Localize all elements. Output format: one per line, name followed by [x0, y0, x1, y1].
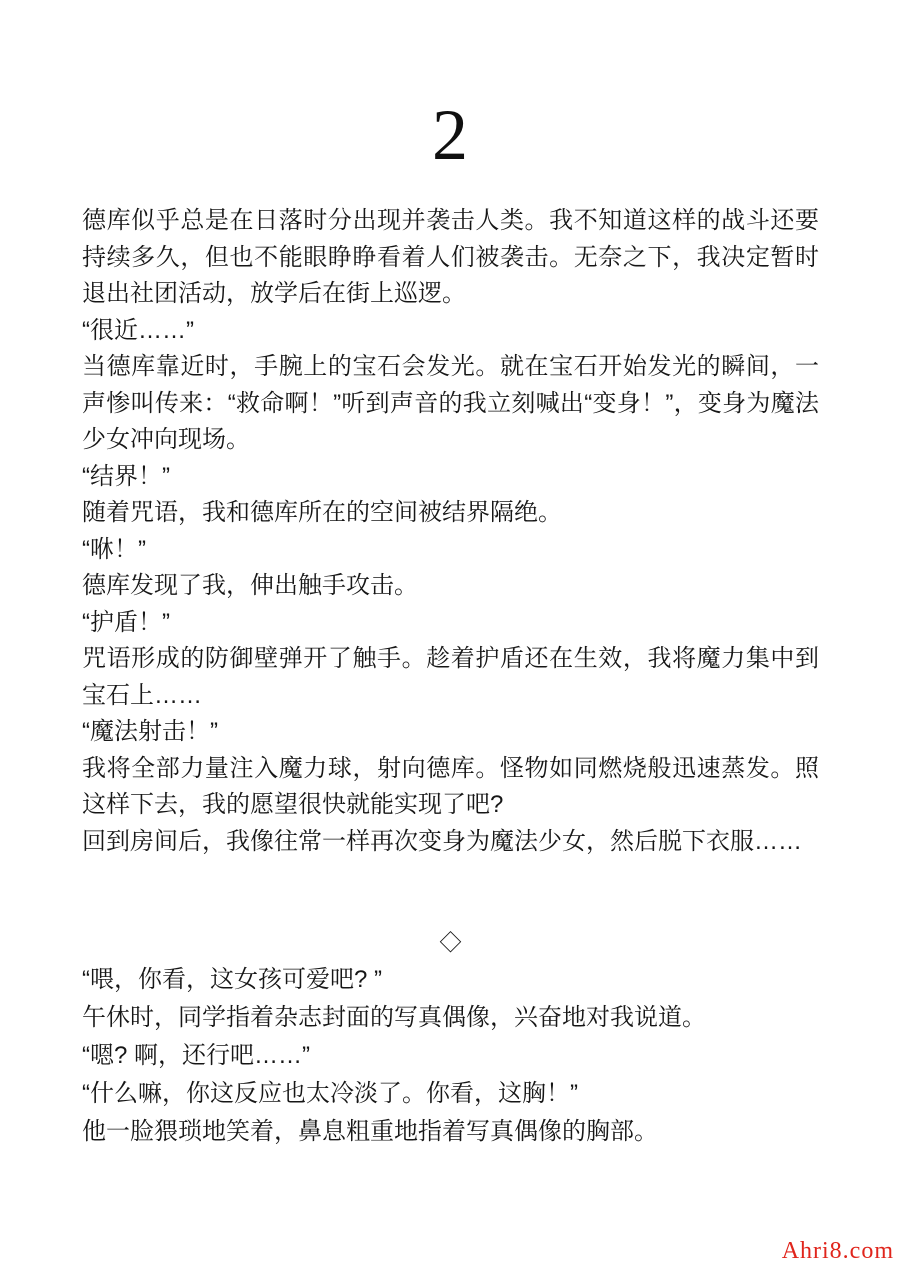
paragraph-dialogue: “结界！”	[82, 459, 819, 496]
paragraph: 当德库靠近时，手腕上的宝石会发光。就在宝石开始发光的瞬间，一声惨叫传来：“救命啊…	[82, 349, 819, 459]
paragraph-dialogue: “嗯? 啊，还行吧……”	[82, 1037, 819, 1075]
paragraph-dialogue: “护盾！”	[82, 605, 819, 642]
paragraph-dialogue: “喂，你看，这女孩可爱吧? ”	[82, 961, 819, 999]
paragraph: 随着咒语，我和德库所在的空间被结界隔绝。	[82, 495, 819, 532]
paragraph: 午休时，同学指着杂志封面的写真偶像，兴奋地对我说道。	[82, 999, 819, 1037]
paragraph: 回到房间后，我像往常一样再次变身为魔法少女，然后脱下衣服……	[82, 824, 819, 861]
paragraph-dialogue: “魔法射击！”	[82, 714, 819, 751]
paragraph-dialogue: “咻！”	[82, 532, 819, 569]
paragraph: 我将全部力量注入魔力球，射向德库。怪物如同燃烧般迅速蒸发。照这样下去，我的愿望很…	[82, 751, 819, 824]
ebook-page: 2 德库似乎总是在日落时分出现并袭击人类。我不知道这样的战斗还要持续多久，但也不…	[0, 0, 900, 1273]
story-text-block: 德库似乎总是在日落时分出现并袭击人类。我不知道这样的战斗还要持续多久，但也不能眼…	[82, 203, 819, 1151]
paragraph-dialogue: “很近……”	[82, 313, 819, 350]
chapter-number: 2	[0, 99, 900, 171]
paragraph: 德库似乎总是在日落时分出现并袭击人类。我不知道这样的战斗还要持续多久，但也不能眼…	[82, 203, 819, 313]
section-divider-diamond-icon: ◇	[82, 924, 819, 961]
story-text-block-after-divider: “喂，你看，这女孩可爱吧? ” 午休时，同学指着杂志封面的写真偶像，兴奋地对我说…	[82, 961, 819, 1151]
paragraph: 咒语形成的防御壁弹开了触手。趁着护盾还在生效，我将魔力集中到宝石上……	[82, 641, 819, 714]
paragraph-dialogue: “什么嘛，你这反应也太冷淡了。你看，这胸！”	[82, 1075, 819, 1113]
paragraph: 德库发现了我，伸出触手攻击。	[82, 568, 819, 605]
site-watermark: Ahri8.com	[782, 1238, 894, 1264]
paragraph: 他一脸猥琐地笑着，鼻息粗重地指着写真偶像的胸部。	[82, 1113, 819, 1151]
